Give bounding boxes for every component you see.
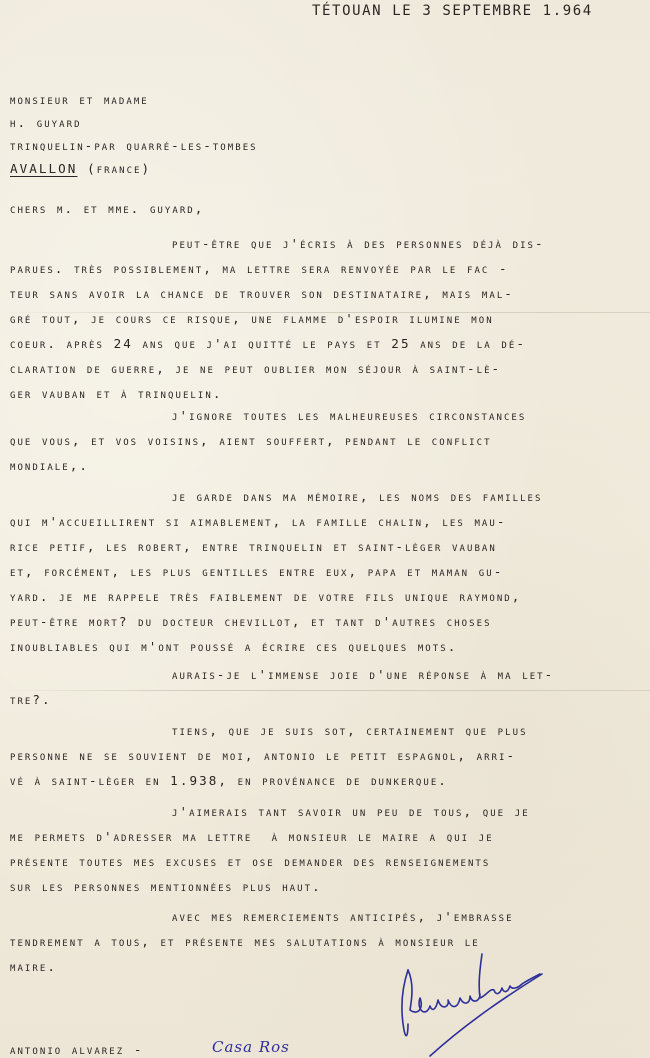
body-line: TRE?. bbox=[10, 694, 52, 707]
body-line: VÉ À SAINT-LÈGER EN 1.938, EN PROVÉNANCE… bbox=[10, 775, 448, 788]
salutation: CHERS M. ET MME. GUYARD, bbox=[10, 203, 204, 216]
body-line: QUI M'ACCUEILLIRENT SI AIMABLEMENT, LA F… bbox=[10, 516, 506, 529]
body-line: MAIRE. bbox=[10, 961, 57, 974]
body-line: ET, FORCÉMENT, LES PLUS GENTILLES ENTRE … bbox=[10, 566, 503, 579]
body-line: MONDIALE,. bbox=[10, 460, 89, 473]
body-line: JE GARDE DANS MA MÉMOIRE, LES NOMS DES F… bbox=[172, 491, 543, 504]
body-line: PRÉSENTE TOUTES MES EXCUSES ET OSE DEMAN… bbox=[10, 856, 490, 869]
body-line: PEUT-ÊTRE QUE J'ÉCRIS À DES PERSONNES DÉ… bbox=[172, 238, 545, 251]
body-line: COEUR. APRÈS 24 ANS QUE J'AI QUITTÉ LE P… bbox=[10, 338, 526, 351]
sender-handwritten-address: Casa Ros bbox=[212, 1038, 290, 1056]
signature-icon bbox=[390, 948, 570, 1058]
body-line: RICE PETIF, LES ROBERT, ENTRE TRINQUELIN… bbox=[10, 541, 497, 554]
body-line: SUR LES PERSONNES MENTIONNÉES PLUS HAUT. bbox=[10, 881, 322, 894]
date-line: TÉTOUAN LE 3 SEPTEMBRE 1.964 bbox=[312, 4, 593, 18]
recipient-line-1: MONSIEUR ET MADAME bbox=[10, 94, 149, 107]
body-line: J'AIMERAIS TANT SAVOIR UN PEU DE TOUS, Q… bbox=[172, 806, 530, 819]
body-line: GER VAUBAN ET À TRINQUELIN. bbox=[10, 388, 222, 401]
recipient-line-3: TRINQUELIN-PAR QUARRÉ-LES-TOMBES bbox=[10, 140, 258, 153]
paper-fold-line bbox=[0, 690, 650, 691]
body-line: PEUT-ÊTRE MORT? DU DOCTEUR CHEVILLOT, ET… bbox=[10, 616, 492, 629]
body-line: YARD. JE ME RAPPELE TRÈS FAIBLEMENT DE V… bbox=[10, 591, 521, 604]
body-line: CLARATION DE GUERRE, JE NE PEUT OUBLIER … bbox=[10, 363, 501, 376]
body-line: TIENS, QUE JE SUIS SOT, CERTAINEMENT QUE… bbox=[172, 725, 528, 738]
body-line: GRÉ TOUT, JE COURS CE RISQUE, UNE FLAMME… bbox=[10, 313, 494, 326]
body-line: PARUES. TRÈS POSSIBLEMENT, MA LETTRE SER… bbox=[10, 263, 509, 276]
recipient-line-2: H. GUYARD bbox=[10, 117, 82, 130]
body-line: INOUBLIABLES QUI M'ONT POUSSÉ A ÉCRIRE C… bbox=[10, 641, 457, 654]
body-line: ME PERMETS D'ADRESSER MA LETTRE À MONSIE… bbox=[10, 831, 494, 844]
body-line: QUE VOUS, ET VOS VOISINS, AIENT SOUFFERT… bbox=[10, 435, 492, 448]
body-line: J'IGNORE TOUTES LES MALHEUREUSES CIRCONS… bbox=[172, 410, 526, 423]
recipient-country: (FRANCE) bbox=[87, 161, 151, 176]
body-line: PERSONNE NE SE SOUVIENT DE MOI, ANTONIO … bbox=[10, 750, 516, 763]
sender-typed-name: ANTONIO ALVAREZ - bbox=[10, 1044, 143, 1057]
recipient-city-line: AVALLON (FRANCE) bbox=[10, 163, 151, 176]
body-line: AVEC MES REMERCIEMENTS ANTICIPÉS, J'EMBR… bbox=[172, 911, 514, 924]
body-line: TEUR SANS AVOIR LA CHANCE DE TROUVER SON… bbox=[10, 288, 514, 301]
recipient-city: AVALLON bbox=[10, 161, 77, 176]
body-line: TENDREMENT A TOUS, ET PRÉSENTE MES SALUT… bbox=[10, 936, 480, 949]
body-line: AURAIS-JE L'IMMENSE JOIE D'UNE RÉPONSE À… bbox=[172, 669, 554, 682]
